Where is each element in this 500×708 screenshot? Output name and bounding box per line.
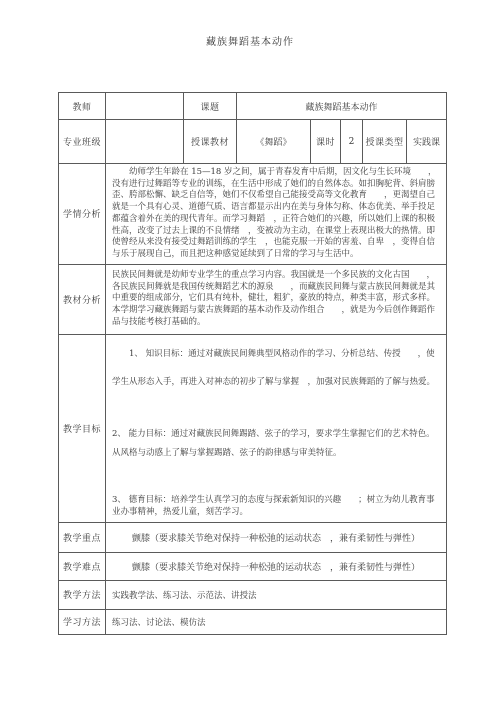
- type-label: 授课类型: [363, 120, 407, 164]
- hours-label: 课时: [311, 120, 341, 164]
- key-points-label: 教学重点: [59, 522, 106, 552]
- teacher-value: [106, 93, 184, 120]
- table-row: 教学方法 实践教学法、练习法、示范法、讲授法: [59, 580, 447, 609]
- teacher-label: 教师: [59, 93, 106, 120]
- type-value: 实践课: [407, 120, 447, 164]
- class-value: [106, 120, 184, 164]
- topic-value: 藏族舞蹈基本动作: [237, 93, 447, 120]
- table-row: 教学难点 颤膝（要求膝关节绝对保持一种松弛的运动状态 ，兼有柔韧性与弹性）: [59, 552, 447, 580]
- difficult-points-label: 教学难点: [59, 552, 106, 580]
- objectives-text: 1、 知识目标：通过对藏族民间舞典型风格动作的学习、分析总结、传授 ，使学生从形…: [106, 334, 447, 522]
- teaching-methods-text: 实践教学法、练习法、示范法、讲授法: [106, 580, 447, 609]
- difficult-points-text: 颤膝（要求膝关节绝对保持一种松弛的运动状态 ，兼有柔韧性与弹性）: [106, 552, 447, 580]
- table-row: 学情分析 幼师学生年龄在 15—18 岁之间，属于青春发育中后期，因文化与生长环…: [59, 164, 447, 265]
- objective-moral: 3、 德育目标：培养学生认真学习的态度与探索新知识的兴趣 ；树立为幼儿教育事业办…: [112, 494, 440, 519]
- material-label: 授课教材: [184, 120, 237, 164]
- table-row: 专业班级 授课教材 《舞蹈》 课时 2 授课类型 实践课: [59, 120, 447, 164]
- table-row: 学习方法 练习法、讨论法、模仿法: [59, 609, 447, 634]
- objective-ability: 2、 能力目标：通过对藏族民间舞踢踏、弦子的学习，要求学生掌握它们的艺术特色。从…: [112, 425, 440, 463]
- topic-label: 课题: [184, 93, 237, 120]
- table-row: 教学目标 1、 知识目标：通过对藏族民间舞典型风格动作的学习、分析总结、传授 ，…: [59, 334, 447, 522]
- hours-value: 2: [341, 120, 363, 164]
- objectives-label: 教学目标: [59, 334, 106, 522]
- material-analysis-text: 民族民间舞就是幼师专业学生的重点学习内容。我国就是一个多民族的文化古国 ，各民族…: [106, 264, 447, 334]
- table-row: 教学重点 颤膝（要求膝关节绝对保持一种松弛的运动状态 ，兼有柔韧性与弹性）: [59, 522, 447, 552]
- objective-knowledge: 1、 知识目标：通过对藏族民间舞典型风格动作的学习、分析总结、传授 ，使学生从形…: [112, 340, 440, 396]
- table-row: 教师 课题 藏族舞蹈基本动作: [59, 93, 447, 120]
- material-analysis-paragraph: 民族民间舞就是幼师专业学生的重点学习内容。我国就是一个多民族的文化古国 ，各民族…: [112, 270, 440, 329]
- learner-analysis-paragraph: 幼师学生年龄在 15—18 岁之间，属于青春发育中后期，因文化与生长环境 ，没有…: [112, 167, 440, 261]
- lesson-plan-table: 教师 课题 藏族舞蹈基本动作 专业班级 授课教材 《舞蹈》 课时 2 授课类型 …: [58, 92, 447, 635]
- material-analysis-label: 教材分析: [59, 264, 106, 334]
- learner-analysis-label: 学情分析: [59, 164, 106, 265]
- learning-methods-label: 学习方法: [59, 609, 106, 634]
- learner-analysis-text: 幼师学生年龄在 15—18 岁之间，属于青春发育中后期，因文化与生长环境 ，没有…: [106, 164, 447, 265]
- class-label: 专业班级: [59, 120, 106, 164]
- table-row: 教材分析 民族民间舞就是幼师专业学生的重点学习内容。我国就是一个多民族的文化古国…: [59, 264, 447, 334]
- teaching-methods-label: 教学方法: [59, 580, 106, 609]
- key-points-text: 颤膝（要求膝关节绝对保持一种松弛的运动状态 ，兼有柔韧性与弹性）: [106, 522, 447, 552]
- material-value: 《舞蹈》: [237, 120, 311, 164]
- learning-methods-text: 练习法、讨论法、模仿法: [106, 609, 447, 634]
- page-title: 藏族舞蹈基本动作: [0, 33, 500, 48]
